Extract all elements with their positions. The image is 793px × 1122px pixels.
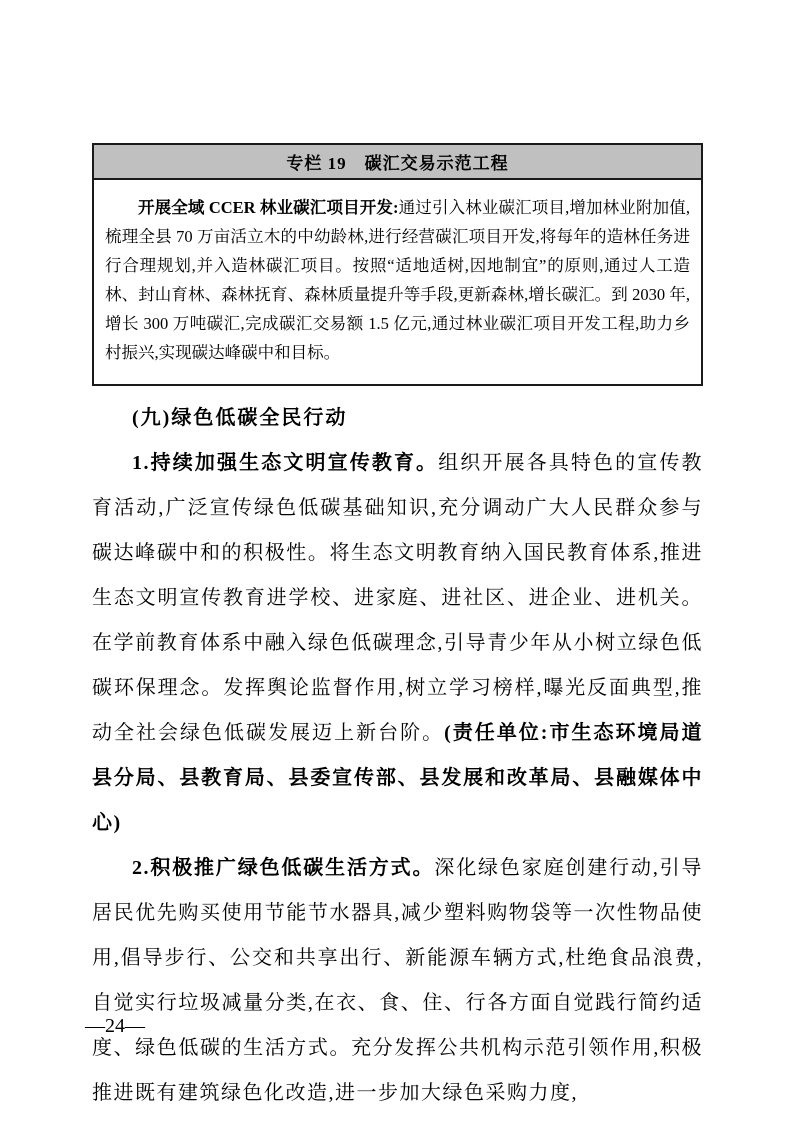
paragraph-1: 1.持续加强生态文明宣传教育。组织开展各具特色的宣传教育活动,广泛宣传绿色低碳基…: [92, 441, 703, 846]
callout-paragraph-text: 通过引入林业碳汇项目,增加林业附加值,梳理全县 70 万亩活立木的中幼龄林,进行…: [105, 198, 690, 362]
paragraph-1-text: 组织开展各具特色的宣传教育活动,广泛宣传绿色低碳基础知识,充分调动广大人民群众参…: [92, 452, 703, 744]
paragraph-1-lead: 1.持续加强生态文明宣传教育。: [132, 452, 438, 474]
callout-box: 专栏 19 碳汇交易示范工程 开展全域 CCER 林业碳汇项目开发:通过引入林业…: [92, 143, 703, 386]
callout-box-body: 开展全域 CCER 林业碳汇项目开发:通过引入林业碳汇项目,增加林业附加值,梳理…: [94, 180, 701, 384]
paragraph-2: 2.积极推广绿色低碳生活方式。深化绿色家庭创建行动,引导居民优先购买使用节能节水…: [92, 846, 703, 1116]
section-heading: (九)绿色低碳全民行动: [92, 396, 703, 441]
paragraph-2-text: 深化绿色家庭创建行动,引导居民优先购买使用节能节水器具,减少塑料购物袋等一次性物…: [92, 857, 703, 1104]
paragraph-2-lead: 2.积极推广绿色低碳生活方式。: [132, 857, 434, 879]
callout-paragraph-lead: 开展全域 CCER 林业碳汇项目开发:: [138, 198, 399, 217]
callout-paragraph: 开展全域 CCER 林业碳汇项目开发:通过引入林业碳汇项目,增加林业附加值,梳理…: [105, 193, 690, 367]
page-number: —24—: [85, 1015, 145, 1038]
page-content: 专栏 19 碳汇交易示范工程 开展全域 CCER 林业碳汇项目开发:通过引入林业…: [92, 143, 703, 1116]
callout-box-header: 专栏 19 碳汇交易示范工程: [94, 145, 701, 180]
document-page: 专栏 19 碳汇交易示范工程 开展全域 CCER 林业碳汇项目开发:通过引入林业…: [0, 0, 793, 1122]
